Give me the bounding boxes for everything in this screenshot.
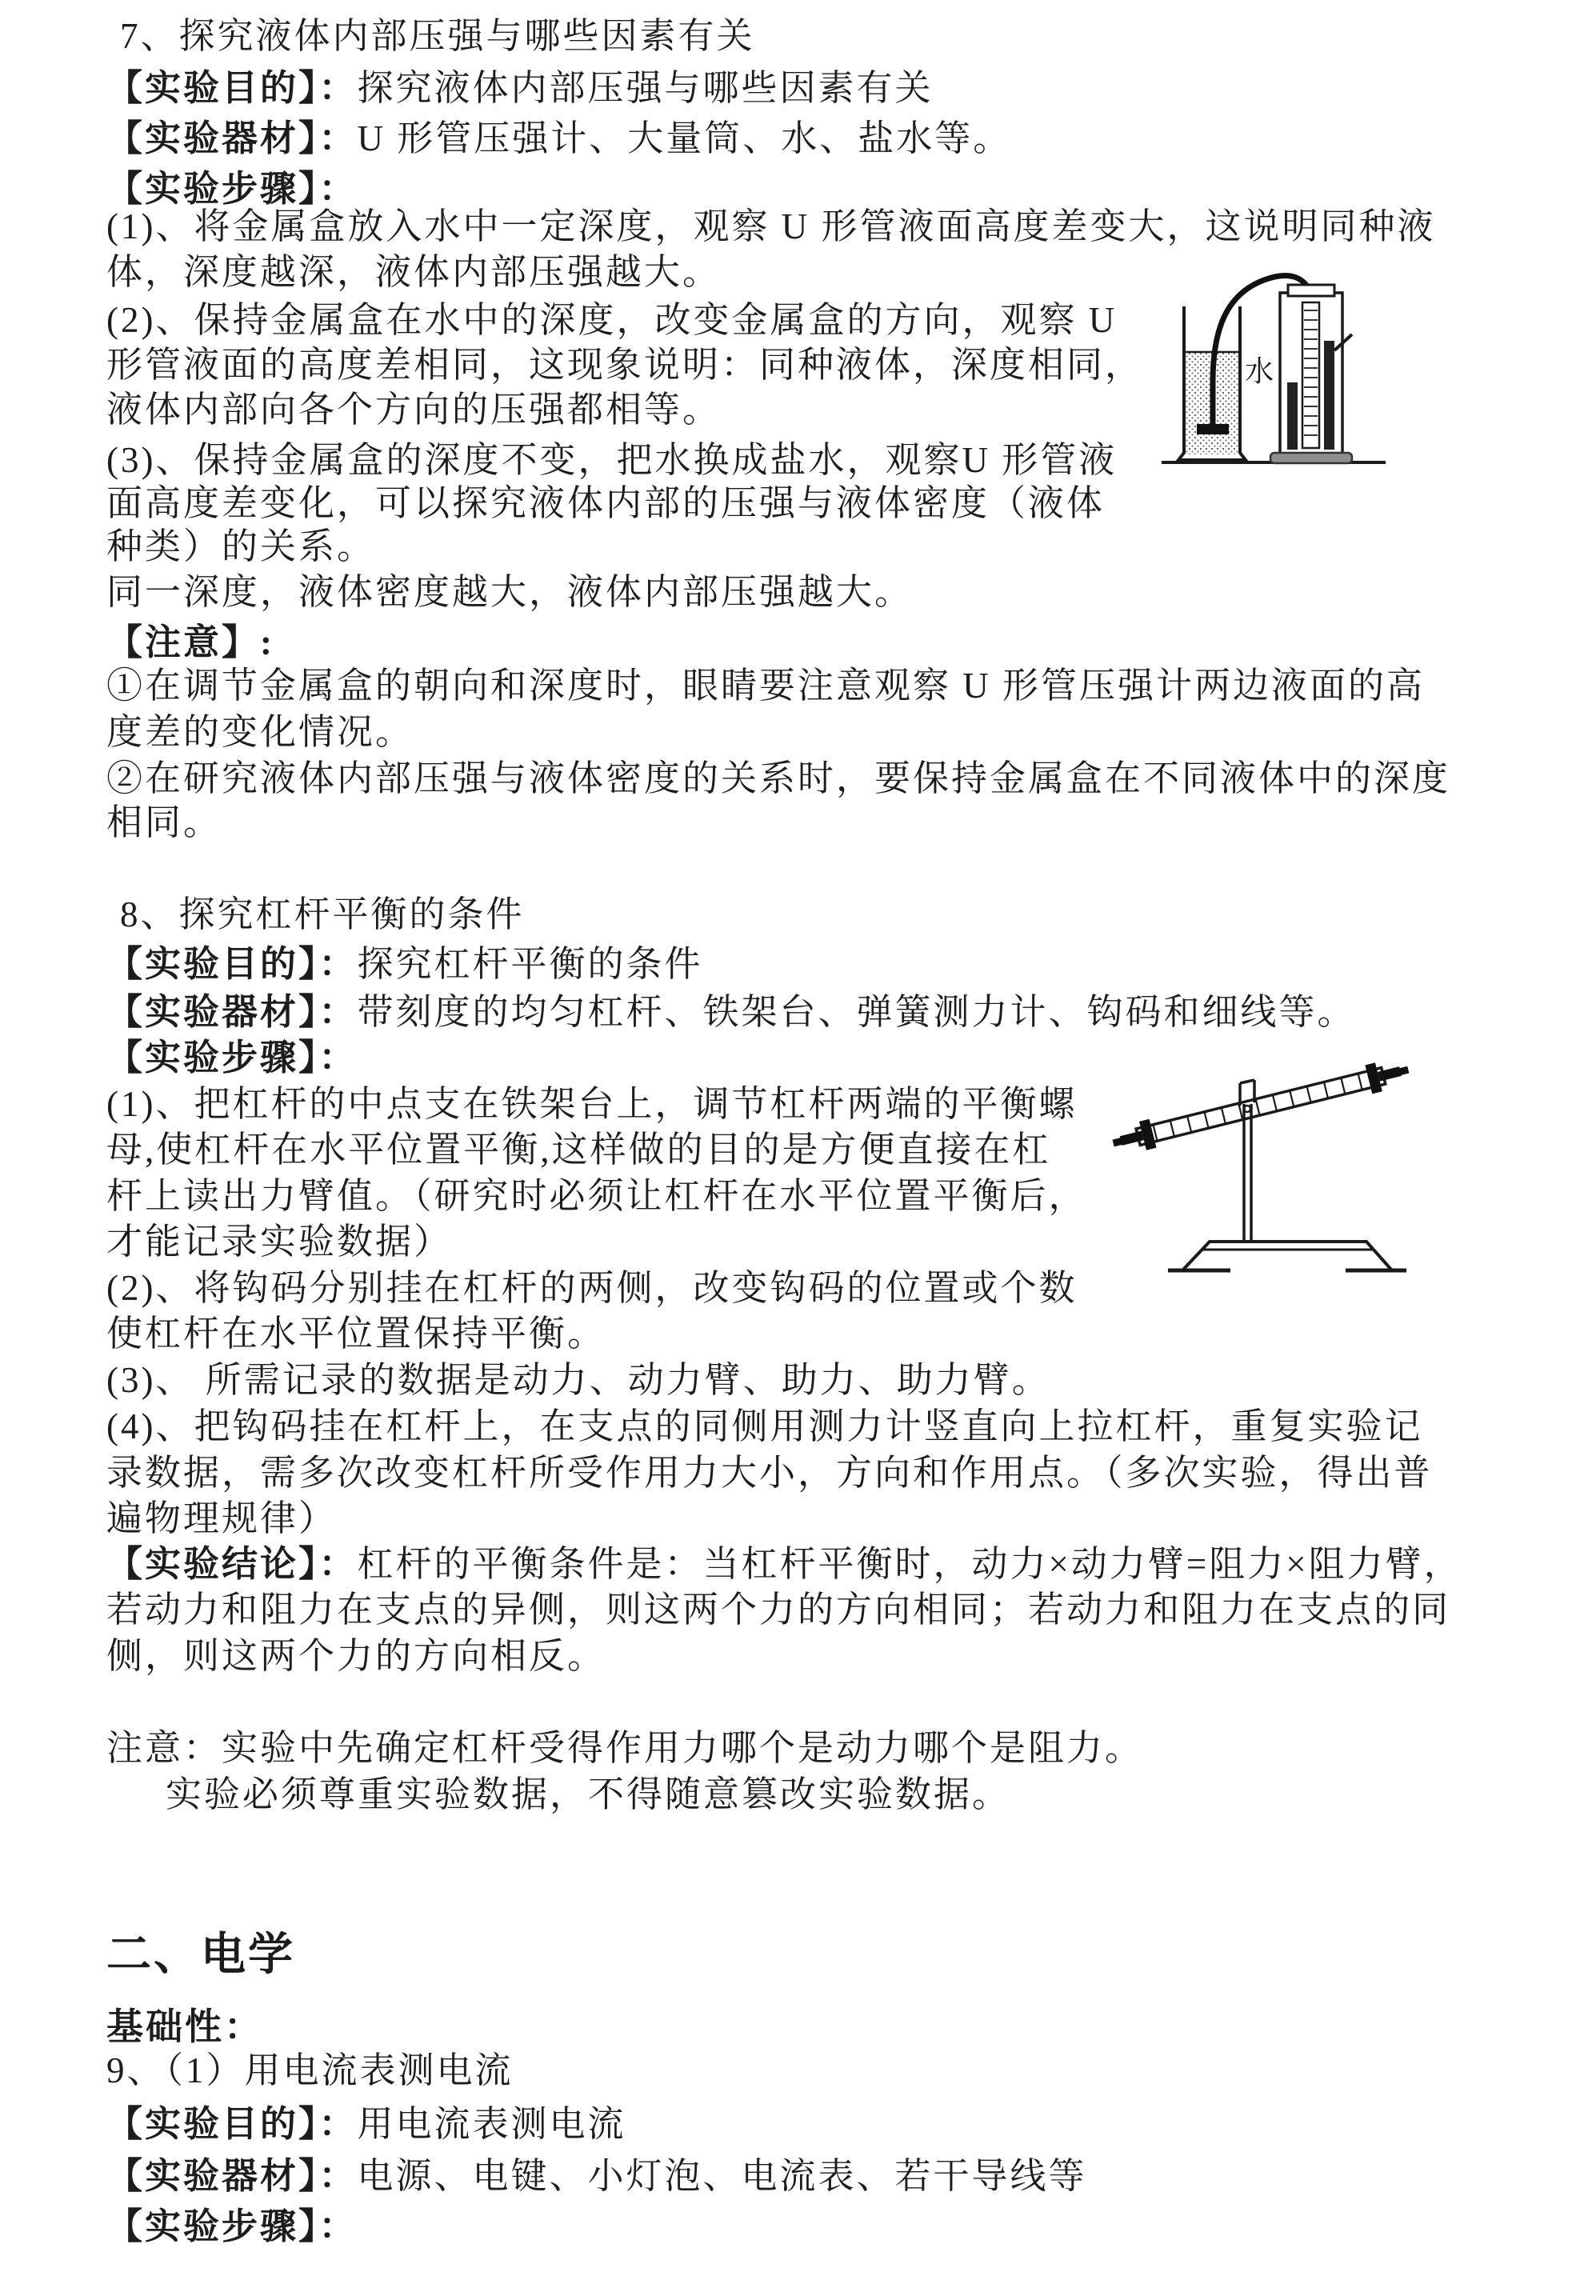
text-segment: 母: [106, 1130, 145, 1170]
text-segment: 【实验器材】：: [106, 992, 358, 1032]
text-segment: 、钩码和细线等。: [1049, 992, 1356, 1032]
s7-materials: 【实验器材】：U 形管压强计、大量筒、水、盐水等。: [106, 118, 1011, 160]
text-segment: 。: [567, 1636, 606, 1676]
text-segment: 基础性：: [106, 2006, 263, 2047]
s8-step2-l2: 使杠杆在水平位置保持平衡。: [106, 1314, 606, 1355]
text-segment: 杆上读出力臂值: [106, 1176, 375, 1216]
text-segment: 动力×动力臂=阻力×阻力臂，: [972, 1544, 1462, 1584]
s7-note-label: 【注意】:: [106, 622, 274, 664]
text-segment: 杠杆的平衡条件是：当杠杆平衡时，: [358, 1544, 972, 1584]
text-segment: 深度: [1374, 758, 1450, 798]
text-segment: 弹簧测力计: [857, 992, 1049, 1032]
text-segment: 同种液: [1320, 206, 1435, 246]
text-segment: 【实验步骤】：: [106, 169, 358, 209]
text-segment: 实验必须: [166, 1774, 319, 1814]
text-segment: 【注意】:: [106, 622, 274, 662]
u-tube-manometer: [1270, 285, 1352, 463]
pressure-gauge-diagram: 水: [1160, 262, 1392, 474]
text-segment: 多次实验，得出普: [1126, 1453, 1433, 1493]
text-segment: 、大量筒、水、盐水等。: [589, 118, 1011, 158]
stand-base: [1168, 1242, 1406, 1270]
text-segment: (2)、将钩码分别挂在杠杆的两侧，改变钩码的: [106, 1268, 885, 1308]
text-segment: 形管液面的高度差相同，这现象说明：: [106, 345, 759, 385]
text-segment: (3)、 所需记录的数据是: [106, 1360, 513, 1400]
text-segment: 、若干导线等: [857, 2156, 1087, 2196]
note-l2: 实验必须尊重实验数据，不得随意篡改实验数据。: [166, 1774, 1010, 1816]
water-label: 水: [1245, 355, 1274, 387]
text-segment: 同一深度，液体密度越大，液体内部压强越大。: [106, 572, 913, 612]
s8-purpose: 【实验目的】：探究杠杆平衡的条件: [106, 944, 703, 986]
s8-step3: (3)、 所需记录的数据是动力、动力臂、助力、助力臂。: [106, 1360, 1050, 1402]
text-segment: 侧: [106, 1636, 145, 1676]
text-segment: 8、探究杠杆平衡的条件: [120, 894, 525, 934]
text-segment: 种类）: [106, 526, 222, 566]
text-segment: 7、探究液体内部压强与哪些因素有关: [120, 16, 755, 56]
s8-conclusion-l1: 【实验结论】：杠杆的平衡条件是：当杠杆平衡时，动力×动力臂=阻力×阻力臂，: [106, 1544, 1462, 1586]
s7-step2-l3: 液体内部向各个方向的压强都相等。: [106, 390, 721, 431]
electricity-basic-label: 基础性：: [106, 2006, 263, 2049]
s8-step2-l1: (2)、将钩码分别挂在杠杆的两侧，改变钩码的位置或个数: [106, 1268, 1078, 1310]
balance-nut-left: [1112, 1119, 1157, 1158]
text-segment: 用电流表测电流: [358, 2104, 626, 2144]
s7-note1-l1: ①在调节金属盒的朝向和深度时，眼睛要注意观察 U 形管压强计两边液面的高: [106, 666, 1425, 707]
text-segment: (2)、保持金属盒在水中的深度，改变金属盒的方向，观察 U: [106, 300, 1117, 340]
text-segment: 面高度差变化，可以探究液体内部的压强与: [106, 483, 836, 523]
s7-step3-l1: (3)、保持金属盒的深度不变，把水换成盐水，观察U 形管液: [106, 440, 1117, 482]
s9-title: 9、（1）用电流表测电流: [106, 2050, 514, 2092]
liquid-column-right: [1324, 341, 1334, 450]
s8-conclusion-l3: 侧，则这两个力的方向相反。: [106, 1636, 606, 1678]
text-segment: 体，深度越深，液体内部压强越大。: [106, 252, 721, 292]
text-segment: 【实验步骤】：: [106, 2206, 358, 2246]
text-segment: 若动力和阻力在支点的: [106, 1590, 490, 1630]
text-segment: 【实验结论】：: [106, 1544, 358, 1584]
s7-steps-label: 【实验步骤】：: [106, 169, 358, 210]
liquid-column-left: [1287, 382, 1298, 450]
text-segment: ；若动力和阻力在支点的: [990, 1590, 1412, 1630]
text-segment: U 形管压强计: [358, 118, 590, 158]
s8-conclusion-l2: 若动力和阻力在支点的异侧，则这两个力的方向相同；若动力和阻力在支点的同: [106, 1590, 1450, 1631]
text-segment: 才能记录实验数据）: [106, 1222, 452, 1262]
balance-nut-right: [1365, 1058, 1411, 1094]
text-segment: 二、电学: [106, 1930, 295, 1980]
text-segment: 注意：实验中先确定杠杆受得作用力哪个是动力哪个是阻力。: [106, 1728, 1143, 1768]
s8-step4-l3: 遍物理规律）: [106, 1498, 337, 1540]
text-segment: 两边液面的高: [1194, 666, 1425, 706]
s8-materials: 【实验器材】：带刻度的均匀杠杆、铁架台、弹簧测力计、钩码和细线等。: [106, 992, 1356, 1034]
s9-materials: 【实验器材】：电源、电键、小灯泡、电流表、若干导线等: [106, 2156, 1087, 2198]
text-segment: 度差的变化情况。: [106, 712, 414, 752]
text-segment: 【实验器材】：: [106, 118, 358, 158]
text-segment: 液体内部向各个方向的压强都相等。: [106, 390, 721, 430]
s7-conclusion: 同一深度，液体密度越大，液体内部压强越大。: [106, 572, 913, 614]
s7-step1-l1: (1)、将金属盒放入水中一定深度，观察 U 形管液面高度差变大，这说明同种液: [106, 206, 1436, 248]
text-segment: 位置: [885, 1268, 962, 1308]
text-segment: 电流表: [742, 2156, 857, 2196]
s8-step1-l2: 母,使杠杆在水平位置平衡,这样做的目的是方便直接在杠: [106, 1130, 1051, 1171]
s8-step1-l1: (1)、把杠杆的中点支在铁架台上，调节杠杆两端的平衡螺: [106, 1084, 1078, 1126]
text-segment: 平衡螺: [962, 1084, 1077, 1124]
text-segment: 遍物理规律: [106, 1498, 298, 1538]
text-segment: 相反: [490, 1636, 567, 1676]
text-segment: ,使杠杆在水平位置平衡,这样做的目的是: [145, 1130, 821, 1170]
text-segment: 【实验目的】：: [106, 944, 358, 984]
text-segment: 个数: [1001, 1268, 1078, 1308]
text-segment: 动力、动力臂、助力、助力臂。: [513, 1360, 1050, 1400]
text-segment: 尊重实验数据，不得随意篡改实验数据。: [319, 1774, 1010, 1814]
text-segment: 。（研究时必须让杠杆在水平位置平衡后，: [375, 1176, 1087, 1216]
text-segment: 【实验目的】：: [106, 2104, 358, 2144]
text-segment: ②在研究液体内部压强与液体密度的关系时，要保持金属盒在不同液体中的: [106, 758, 1374, 798]
text-segment: 异侧: [490, 1590, 567, 1630]
stand-base: [1270, 453, 1352, 463]
text-segment: (1)、将金属盒放入水中一定深度，观察 U 形管液面高度差变大，这说明: [106, 206, 1320, 246]
s8-step1-l3: 杆上读出力臂值。（研究时必须让杠杆在水平位置平衡后，: [106, 1176, 1087, 1218]
text-segment: ，则这两个力的方向: [567, 1590, 913, 1630]
text-segment: 方便直接在杠: [821, 1130, 1051, 1170]
text-segment: 【实验器材】：: [106, 2156, 358, 2196]
text-segment: 拉杠杆，重复实验记: [1078, 1406, 1423, 1446]
s9-purpose: 【实验目的】：用电流表测电流: [106, 2104, 626, 2146]
s7-note1-l2: 度差的变化情况。: [106, 712, 414, 754]
s7-note2-l1: ②在研究液体内部压强与液体密度的关系时，要保持金属盒在不同液体中的深度: [106, 758, 1450, 800]
text-segment: (4)、把钩码挂在杠杆上，在支点的同侧用测力计: [106, 1406, 923, 1446]
s7-step2-l2: 形管液面的高度差相同，这现象说明：同种液体，深度相同，: [106, 345, 1143, 386]
text-segment: 相同。: [106, 802, 222, 842]
s7-note2-l2: 相同。: [106, 802, 222, 844]
text-segment: 相同: [913, 1590, 990, 1630]
electricity-heading: 二、电学: [106, 1930, 295, 1981]
s8-step1-l4: 才能记录实验数据）: [106, 1222, 452, 1263]
text-segment: 的关系。: [222, 526, 375, 566]
text-segment: 或: [962, 1268, 1001, 1308]
s8-step4-l1: (4)、把钩码挂在杠杆上，在支点的同侧用测力计竖直向上拉杠杆，重复实验记: [106, 1406, 1423, 1448]
s7-step3-l3: 种类）的关系。: [106, 526, 375, 568]
s9-steps-label: 【实验步骤】：: [106, 2206, 358, 2248]
text-segment: 同种液体，深度相同，: [759, 345, 1143, 385]
text-segment: 竖直向上: [923, 1406, 1077, 1446]
lever-ruler: [1112, 1058, 1412, 1158]
s8-title: 8、探究杠杆平衡的条件: [120, 894, 525, 936]
s7-purpose: 【实验目的】：探究液体内部压强与哪些因素有关: [106, 68, 934, 110]
text-segment: 电源、电键、小灯泡、: [358, 2156, 742, 2196]
s7-step2-l1: (2)、保持金属盒在水中的深度，改变金属盒的方向，观察 U: [106, 300, 1117, 342]
text-segment: 液体密度（液体: [836, 483, 1105, 523]
text-segment: 9、（1）用电流表测电流: [106, 2050, 514, 2090]
text-segment: 【实验目的】：: [106, 68, 358, 108]
text-segment: 探究杠杆平衡的条件: [358, 944, 703, 984]
document-page: 水: [0, 0, 1596, 2296]
s7-step1-l2: 体，深度越深，液体内部压强越大。: [106, 252, 721, 294]
s8-steps-label: 【实验步骤】：: [106, 1038, 358, 1079]
text-segment: (1)、把杠杆的中点支在铁架台上，调节杠杆两端的: [106, 1084, 962, 1124]
text-segment: 录数据，需多次改变杠杆所受作用力大小，方向和作用点。（: [106, 1453, 1126, 1493]
text-segment: 【实验步骤】：: [106, 1038, 358, 1078]
text-segment: (3)、保持金属盒的深度不变，把水换成盐水，观察U 形管液: [106, 440, 1117, 480]
lever-diagram: [1112, 1058, 1464, 1298]
text-segment: 使杠杆在水平位置保持平衡。: [106, 1314, 606, 1354]
text-segment: ）: [298, 1498, 337, 1538]
s7-title: 7、探究液体内部压强与哪些因素有关: [120, 16, 755, 58]
text-segment: ，则这两个力的方向: [145, 1636, 490, 1676]
s7-step3-l2: 面高度差变化，可以探究液体内部的压强与液体密度（液体: [106, 483, 1105, 525]
text-segment: 同: [1412, 1590, 1450, 1630]
text-segment: 探究液体内部压强与哪些因素有关: [358, 68, 934, 108]
s8-step4-l2: 录数据，需多次改变杠杆所受作用力大小，方向和作用点。（多次实验，得出普: [106, 1453, 1433, 1494]
text-segment: ①在调节金属盒的朝向和深度时，眼睛要注意观察 U 形管压强计: [106, 666, 1194, 706]
note-l1: 注意：实验中先确定杠杆受得作用力哪个是动力哪个是阻力。: [106, 1728, 1143, 1770]
text-segment: 带刻度的均匀杠杆、铁架台、: [358, 992, 857, 1032]
